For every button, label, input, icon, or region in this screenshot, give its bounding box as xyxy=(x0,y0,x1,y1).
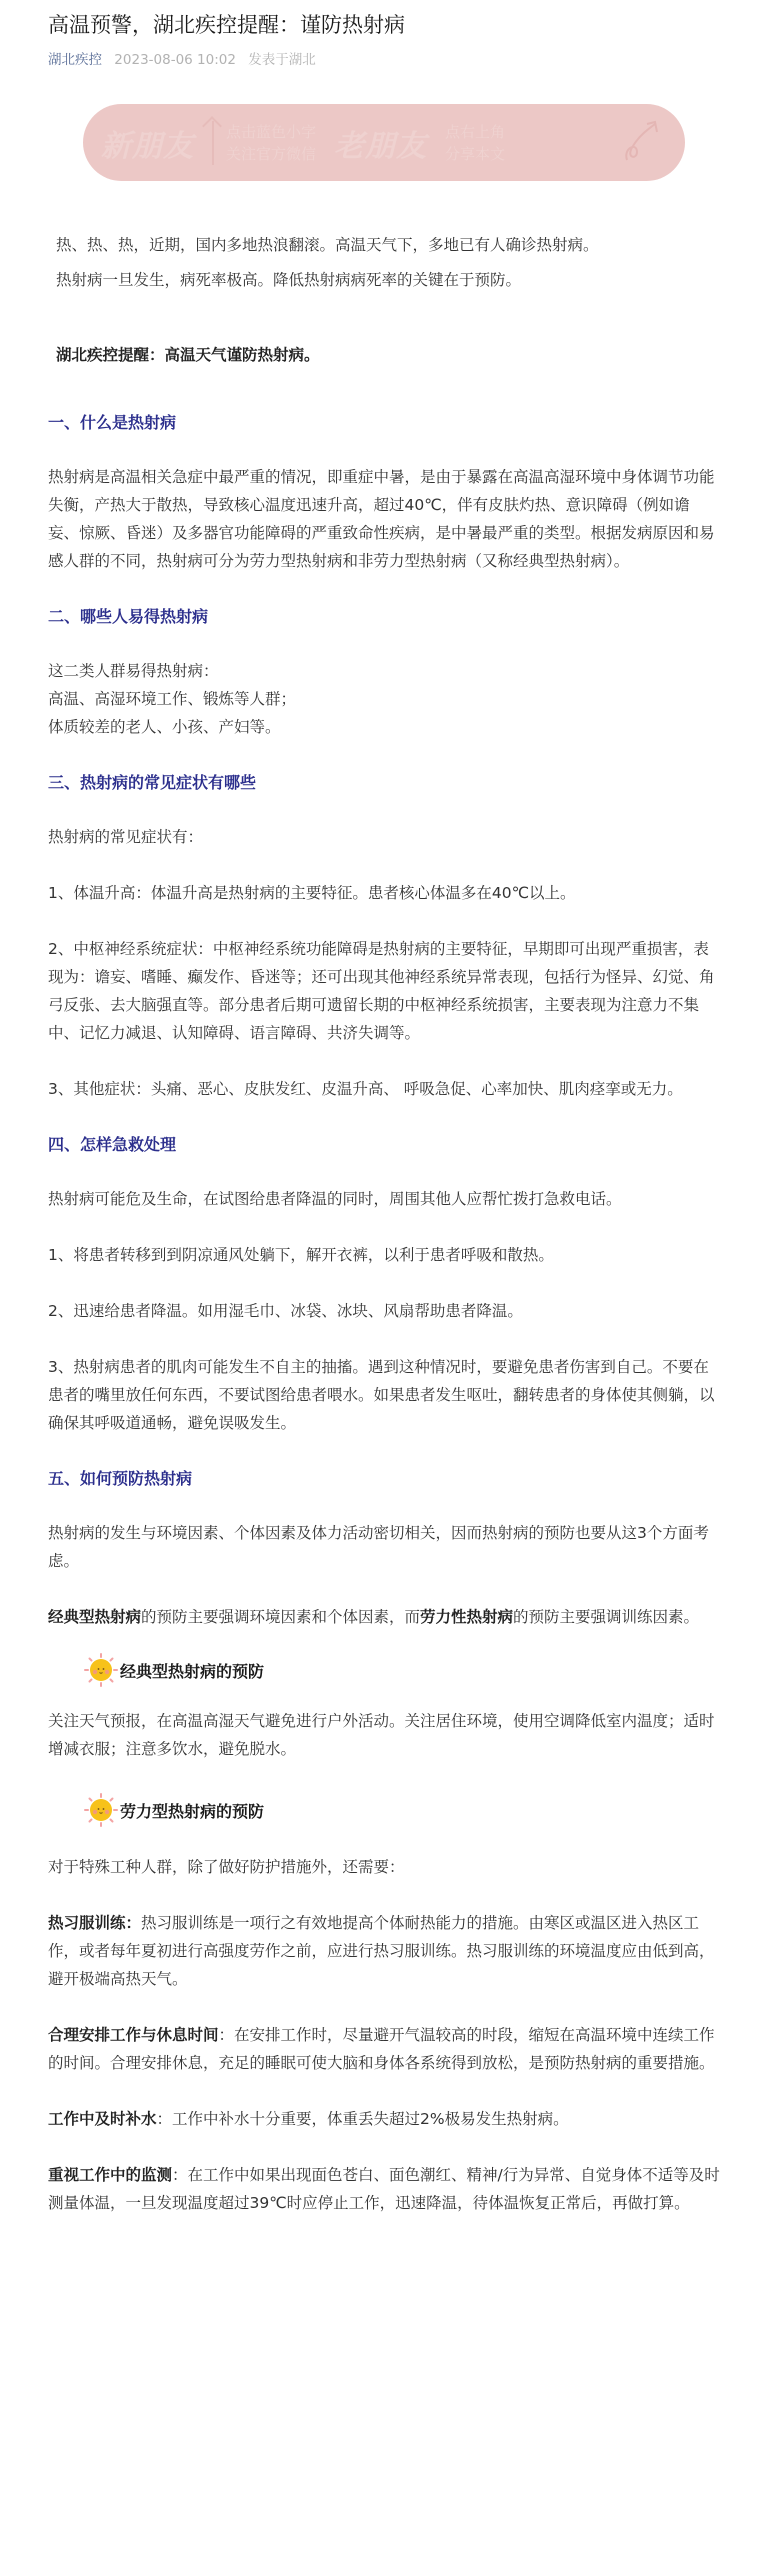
prevention-compare: 经典型热射病的预防主要强调环境因素和个体因素，而劳力性热射病的预防主要强调训练因… xyxy=(48,1603,720,1631)
exertional-type-bold: 劳力性热射病 xyxy=(420,1608,513,1626)
banner-follow-hint: 点击蓝色小字 关注官方微信 xyxy=(226,121,316,165)
section-heading-2: 二、哪些人易得热射病 xyxy=(48,603,720,631)
measure-text: ：工作中补水十分重要，体重丢失超过2%极易发生热射病。 xyxy=(157,2110,569,2128)
exertional-prevention-heading: 劳力型热射病的预防 xyxy=(48,1793,720,1827)
sun-emoji-icon xyxy=(84,1793,118,1827)
classic-prevention-text: 关注天气预报，在高温高湿天气避免进行户外活动。关注居住环境，使用空调降低室内温度… xyxy=(48,1707,720,1763)
article-page: 高温预警，湖北疾控提醒：谨防热射病 湖北疾控 2023-08-06 10:02 … xyxy=(0,10,768,2337)
measure-label: 合理安排工作与休息时间 xyxy=(48,2026,219,2044)
curved-arrow-icon xyxy=(623,118,663,164)
symptom-2: 2、中枢神经系统症状：中枢神经系统功能障碍是热射病的主要特征，早期即可出现严重损… xyxy=(48,935,720,1047)
measure-hydration: 工作中及时补水：工作中补水十分重要，体重丢失超过2%极易发生热射病。 xyxy=(48,2105,720,2133)
exertional-prevention-title: 劳力型热射病的预防 xyxy=(120,1799,264,1822)
measure-monitoring: 重视工作中的监测：在工作中如果出现面色苍白、面色潮红、精神/行为异常、自觉身体不… xyxy=(48,2161,720,2217)
symptom-3: 3、其他症状：头痛、恶心、皮肤发红、皮温升高、 呼吸急促、心率加快、肌肉痉挛或无… xyxy=(48,1075,720,1103)
compare-text-1: 的预防主要强调环境因素和个体因素，而 xyxy=(141,1608,420,1626)
classic-prevention-title: 经典型热射病的预防 xyxy=(120,1659,264,1682)
banner-follow-hint-line1: 点击蓝色小字 xyxy=(226,123,316,141)
section-2-line-3: 体质较差的老人、小孩、产妇等。 xyxy=(48,713,720,741)
first-aid-step-1: 1、将患者转移到到阴凉通风处躺下，解开衣裤，以利于患者呼吸和散热。 xyxy=(48,1241,720,1269)
section-1-paragraph: 热射病是高温相关急症中最严重的情况，即重症中暑，是由于暴露在高温高湿环境中身体调… xyxy=(48,463,720,575)
intro-paragraph-1: 热、热、热，近期，国内多地热浪翻滚。高温天气下，多地已有人确诊热射病。 xyxy=(56,231,720,259)
section-2-line-2: 高温、高湿环境工作、锻炼等人群； xyxy=(48,685,720,713)
first-aid-intro: 热射病可能危及生命，在试图给患者降温的同时，周围其他人应帮忙拨打急救电话。 xyxy=(48,1185,720,1213)
reminder-bold: 湖北疾控提醒：高温天气谨防热射病。 xyxy=(56,341,720,369)
banner-follow-hint-line2: 关注官方微信 xyxy=(226,145,316,163)
author-link[interactable]: 湖北疾控 xyxy=(48,52,102,68)
article-title: 高温预警，湖北疾控提醒：谨防热射病 xyxy=(48,10,720,40)
exertional-intro: 对于特殊工种人群，除了做好防护措施外，还需要： xyxy=(48,1853,720,1881)
first-aid-step-2: 2、迅速给患者降温。如用湿毛巾、冰袋、冰块、风扇帮助患者降温。 xyxy=(48,1297,720,1325)
section-heading-1: 一、什么是热射病 xyxy=(48,409,720,437)
banner-share-hint-line1: 点右上角 xyxy=(445,123,505,141)
follow-share-banner[interactable]: 新朋友 点击蓝色小字 关注官方微信 老朋友 点右上角 分享本文 xyxy=(83,104,685,181)
publish-datetime: 2023-08-06 10:02 xyxy=(114,52,236,68)
banner-old-friend: 老朋友 xyxy=(334,121,427,165)
banner-new-friend: 新朋友 xyxy=(101,121,194,165)
measure-label: 工作中及时补水 xyxy=(48,2110,157,2128)
banner-share-hint-line2: 分享本文 xyxy=(445,145,505,163)
article-meta: 湖北疾控 2023-08-06 10:02 发表于湖北 xyxy=(48,50,720,70)
intro-block: 热、热、热，近期，国内多地热浪翻滚。高温天气下，多地已有人确诊热射病。 热射病一… xyxy=(48,231,720,369)
measure-heat-acclimatization: 热习服训练：热习服训练是一项行之有效地提高个体耐热能力的措施。由寒区或温区进入热… xyxy=(48,1909,720,1993)
measure-text: 热习服训练是一项行之有效地提高个体耐热能力的措施。由寒区或温区进入热区工作，或者… xyxy=(48,1914,715,1988)
section-2-line-1: 这二类人群易得热射病： xyxy=(48,657,720,685)
section-3-intro: 热射病的常见症状有： xyxy=(48,823,720,851)
measure-work-rest: 合理安排工作与休息时间：在安排工作时，尽量避开气温较高的时段，缩短在高温环境中连… xyxy=(48,2021,720,2077)
follow-banner-wrap: 新朋友 点击蓝色小字 关注官方微信 老朋友 点右上角 分享本文 xyxy=(48,104,720,181)
measure-label: 重视工作中的监测 xyxy=(48,2166,172,2184)
classic-type-bold: 经典型热射病 xyxy=(48,1608,141,1626)
intro-paragraph-2: 热射病一旦发生，病死率极高。降低热射病病死率的关键在于预防。 xyxy=(56,266,720,294)
prevention-intro: 热射病的发生与环境因素、个体因素及体力活动密切相关，因而热射病的预防也要从这3个… xyxy=(48,1519,720,1575)
measure-label: 热习服训练： xyxy=(48,1914,141,1932)
publish-location: 发表于湖北 xyxy=(248,52,316,68)
banner-share-hint: 点右上角 分享本文 xyxy=(445,121,505,165)
section-heading-5: 五、如何预防热射病 xyxy=(48,1465,720,1493)
symptom-1: 1、体温升高：体温升高是热射病的主要特征。患者核心体温多在40℃以上。 xyxy=(48,879,720,907)
section-heading-4: 四、怎样急救处理 xyxy=(48,1131,720,1159)
first-aid-step-3: 3、热射病患者的肌肉可能发生不自主的抽搐。遇到这种情况时，要避免患者伤害到自己。… xyxy=(48,1353,720,1437)
section-heading-3: 三、热射病的常见症状有哪些 xyxy=(48,769,720,797)
sun-emoji-icon xyxy=(84,1653,118,1687)
compare-text-2: 的预防主要强调训练因素。 xyxy=(513,1608,699,1626)
bottom-spacer xyxy=(48,2217,720,2337)
up-arrow-icon xyxy=(212,121,214,165)
classic-prevention-heading: 经典型热射病的预防 xyxy=(48,1653,720,1687)
